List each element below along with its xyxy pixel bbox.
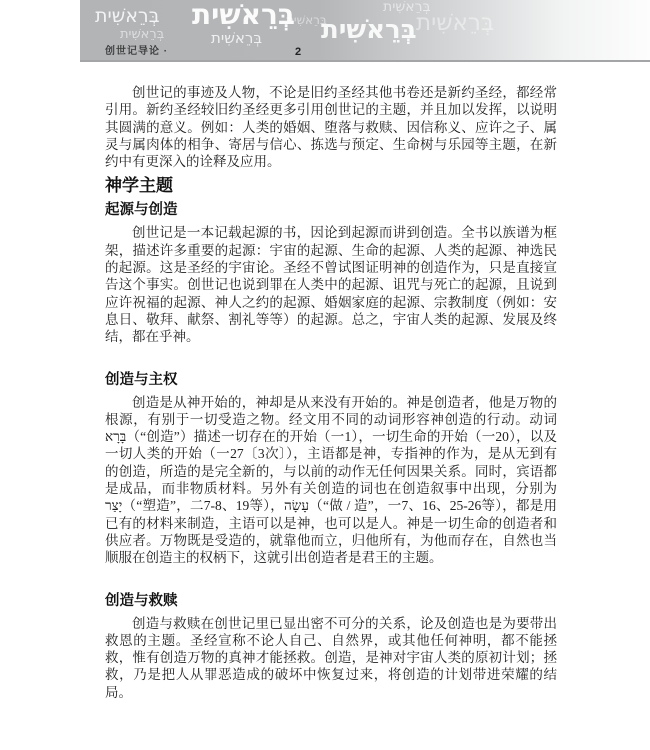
section-paragraph: 创造与救赎在创世记里已显出密不可分的关系，论及创造也是为要带出救恩的主题。圣经宣… xyxy=(105,615,557,701)
section-heading: 起源与创造 xyxy=(105,202,557,219)
section-heading: 创造与救赎 xyxy=(105,593,557,610)
intro-paragraph: 创世记的事迹及人物，不论是旧约圣经其他书卷还是新约圣经，都经常引用。新约圣经较旧… xyxy=(105,84,557,170)
hebrew-watermark-word: בְּרֵאשִׁית xyxy=(192,1,295,29)
hebrew-watermark-word: בְּרֵאשִׁית xyxy=(211,31,262,46)
section-paragraph: 创世记是一本记载起源的书，因论到起源而讲到创造。全书以族谱为框架，描述许多重要的… xyxy=(105,224,557,345)
hebrew-watermark-word: בְּרֵאשִׁית xyxy=(416,12,494,35)
hebrew-watermark-word: בְּרֵאשִׁית xyxy=(95,7,160,26)
hebrew-watermark-word: בְּרֵאשִׁית xyxy=(321,17,417,43)
hebrew-watermark-word: בְּרֵאשִׁית xyxy=(120,28,164,41)
chapter-heading: 神学主题 xyxy=(105,176,557,196)
running-head-book-title: 创世记导论 · xyxy=(105,42,168,57)
scanned-book-page: בְּרֵאשִׁית בְּרֵאשִׁית בְּרֵאשִׁית בְּר… xyxy=(0,0,650,750)
page-header-band: בְּרֵאשִׁית בְּרֵאשִׁית בְּרֵאשִׁית בְּר… xyxy=(80,0,650,62)
section-creation-and-redemption: 创造与救赎 创造与救赎在创世记里已显出密不可分的关系，论及创造也是为要带出救恩的… xyxy=(105,593,557,701)
section-paragraph: 创造是从神开始的，神却是从来没有开始的。神是创造者，他是万物的根源，有别于一切受… xyxy=(105,394,557,567)
section-heading: 创造与主权 xyxy=(105,372,557,389)
content-area: 创世记的事迹及人物，不论是旧约圣经其他书卷还是新约圣经，都经常引用。新约圣经较旧… xyxy=(105,84,557,701)
page-number: 2 xyxy=(295,46,301,58)
section-creation-and-sovereignty: 创造与主权 创造是从神开始的，神却是从来没有开始的。神是创造者，他是万物的根源，… xyxy=(105,372,557,567)
section-origins-and-creation: 起源与创造 创世记是一本记载起源的书，因论到起源而讲到创造。全书以族谱为框架，描… xyxy=(105,202,557,345)
